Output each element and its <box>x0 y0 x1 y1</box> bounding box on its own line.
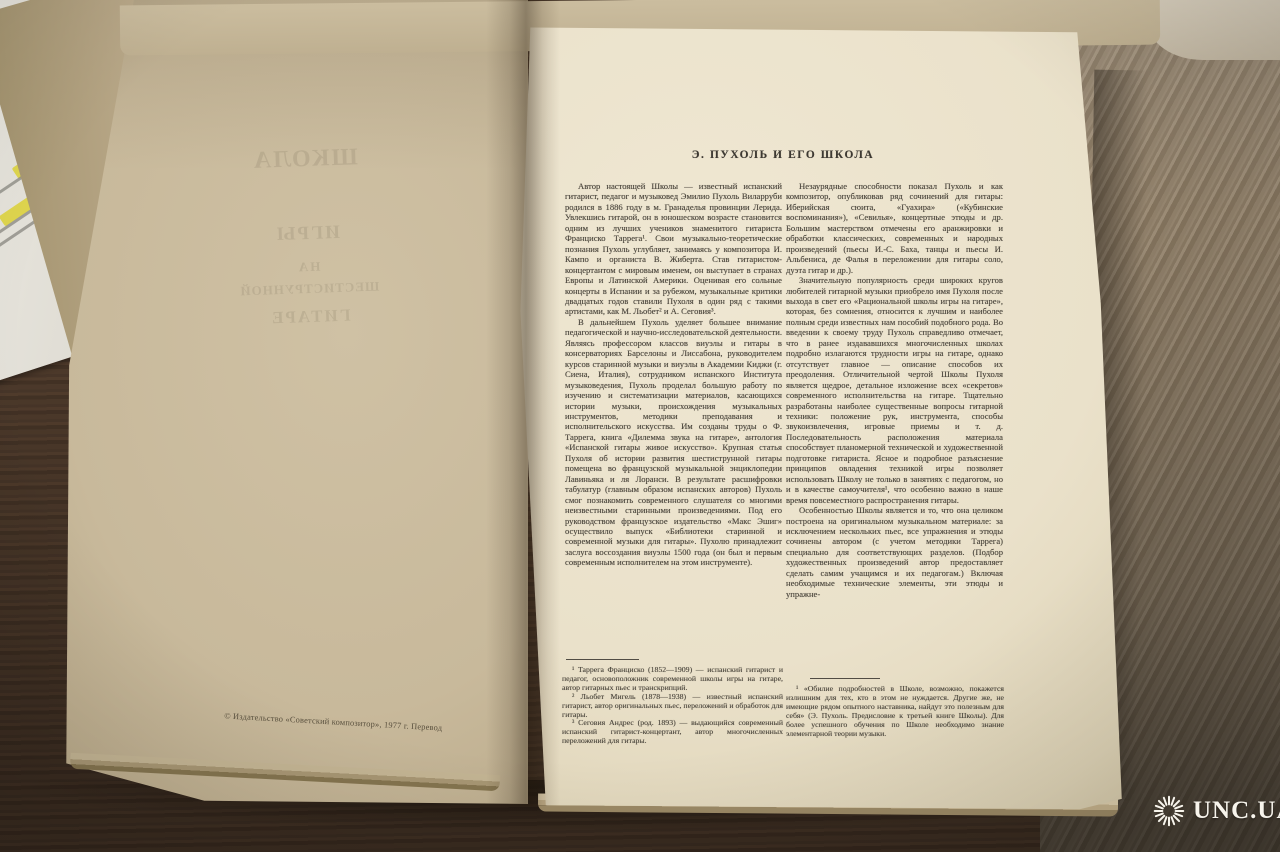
ghost-title-line: ШЕСТИСТРУННОЙ <box>202 277 417 300</box>
paragraph: В дальнейшем Пухоль уделяет большее вним… <box>565 317 782 568</box>
paragraph: Особенностью Школы является и то, что он… <box>786 505 1003 599</box>
paragraph: Автор настоящей Школы — известный испанс… <box>565 181 782 317</box>
book-gutter-shadow <box>486 0 560 806</box>
page-title: Э. ПУХОЛЬ И ЕГО ШКОЛА <box>565 149 1001 161</box>
footnotes-left-column: ¹ Таррега Франциско (1852—1909) — испанс… <box>562 666 783 746</box>
footnote: ¹ «Обилие подробностей в Школе, возможно… <box>786 685 1004 738</box>
footnote: ³ Сеговия Андрес (род. 1893) — выдающийс… <box>562 719 783 746</box>
paragraph: Значительную популярность среди широких … <box>786 275 1003 505</box>
left-text-column: Автор настоящей Школы — известный испанс… <box>565 181 782 568</box>
footnote: ² Льобет Мигель (1878—1938) — известный … <box>562 693 783 720</box>
show-through-title: ШКОЛА ИГРЫ НА ШЕСТИСТРУННОЙ ГИТАРЕ <box>197 142 418 330</box>
paragraph: Незаурядные способности показал Пухоль и… <box>786 181 1003 275</box>
footnote-rule <box>566 659 639 660</box>
watermark-label: UNC.UA <box>1193 797 1280 825</box>
table-corner-highlight <box>1148 0 1280 60</box>
footnote-rule <box>810 678 880 679</box>
footnotes-right-column: ¹ «Обилие подробностей в Школе, возможно… <box>786 685 1004 738</box>
ghost-title-line: ИГРЫ <box>200 219 416 248</box>
right-text-column: Незаурядные способности показал Пухоль и… <box>786 181 1003 599</box>
book-left-page <box>52 0 528 804</box>
footnote: ¹ Таррега Франциско (1852—1909) — испанс… <box>562 666 783 693</box>
sunburst-icon <box>1150 792 1188 830</box>
watermark: UNC.UA <box>1150 792 1280 830</box>
ghost-title-line: НА <box>201 255 416 278</box>
